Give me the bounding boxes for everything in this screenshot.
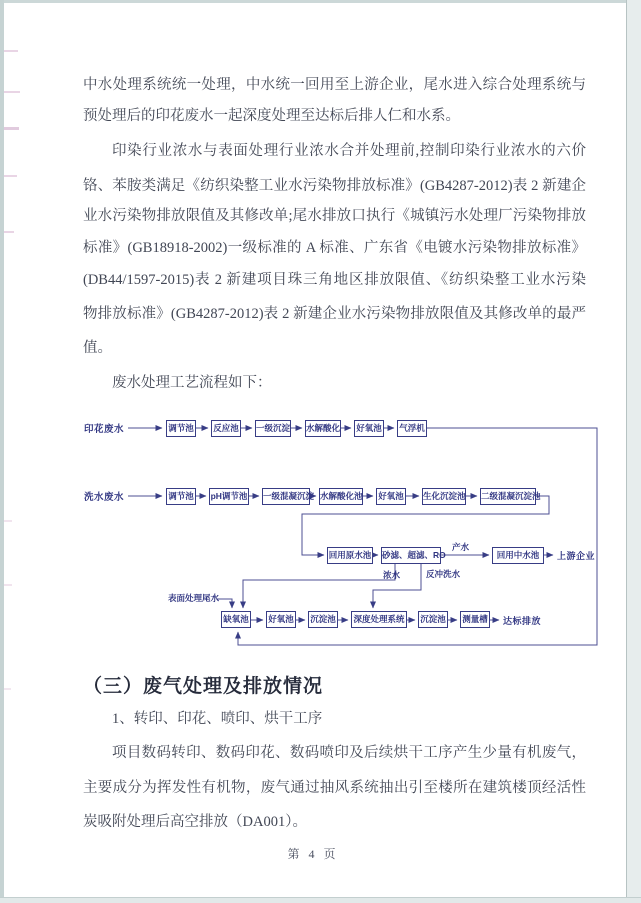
document-page: 中水处理系统统一处理，中水统一回用至上游企业，尾水进入综合处理系统与 预处理后的… <box>0 0 641 903</box>
flow-node-anoxic-tank: 缺氧池 <box>221 611 251 628</box>
flow-node-regulating-tank-2: 调节池 <box>166 488 196 505</box>
flow-node-reaction-tank: 反应池 <box>211 420 241 437</box>
page-footer: 第 4 页 <box>253 845 373 862</box>
flow-node-secondary-coagulation-sedimentation: 二级混凝沉淀池 <box>480 488 536 505</box>
flow-node-measuring-tank: 测量槽 <box>460 611 490 628</box>
flow-source-washing-wastewater: 洗水废水 <box>84 489 124 503</box>
flow-node-aerobic-tank-1: 好氧池 <box>354 420 384 437</box>
flow-node-sedimentation-tank-1: 沉淀池 <box>308 611 338 628</box>
flow-label-concentrate-water: 浓水 <box>383 569 400 581</box>
flow-node-regulating-tank-1: 调节池 <box>166 420 196 437</box>
flow-node-biochemical-sedimentation: 生化沉淀池 <box>422 488 466 505</box>
flow-node-primary-coagulation-sedimentation: 一级混凝沉淀 <box>262 488 310 505</box>
flow-node-sand-ultra-filtration-ro: 砂滤、超滤、RO <box>381 547 441 564</box>
flow-node-hydrolysis-acidification: 水解酸化 <box>305 420 341 437</box>
flow-node-primary-sedimentation: 一级沉淀 <box>255 420 291 437</box>
flow-node-ph-regulating-tank: pH调节池 <box>209 488 249 505</box>
flow-label-upstream-enterprises: 上游企业 <box>557 549 595 562</box>
text-line: 主要成分为挥发性有机物，废气通过抽风系统抽出引至楼所在建筑楼顶经活性 <box>83 776 586 797</box>
flow-node-hydrolysis-acidification-tank: 水解酸化池 <box>319 488 363 505</box>
flow-node-reuse-raw-water-tank: 回用原水池 <box>327 547 373 564</box>
text-line: 炭吸附处理后高空排放（DA001）。 <box>83 810 586 831</box>
section-heading: （三）废气处理及排放情况 <box>83 671 586 698</box>
text-line: 1、转印、印花、喷印、烘干工序 <box>83 707 586 728</box>
flowchart-connectors <box>0 0 641 903</box>
flow-node-air-flotation: 气浮机 <box>397 420 427 437</box>
flow-node-aerobic-tank-3: 好氧池 <box>266 611 296 628</box>
text-line: 项目数码转印、数码印花、数码喷印及后续烘干工序产生少量有机废气， <box>83 741 586 762</box>
flow-node-reuse-reclaimed-water-tank: 回用中水池 <box>492 547 544 564</box>
flow-node-advanced-treatment-system: 深度处理系统 <box>351 611 407 628</box>
flow-label-product-water: 产水 <box>452 541 469 553</box>
flow-source-surface-treatment-tailwater: 表面处理尾水 <box>168 592 219 604</box>
flow-label-backwash-water: 反冲洗水 <box>426 568 460 580</box>
flow-node-sedimentation-tank-2: 沉淀池 <box>418 611 448 628</box>
flow-label-standard-discharge: 达标排放 <box>503 614 541 627</box>
flow-node-aerobic-tank-2: 好氧池 <box>376 488 406 505</box>
flow-source-printing-wastewater: 印花废水 <box>84 421 124 435</box>
